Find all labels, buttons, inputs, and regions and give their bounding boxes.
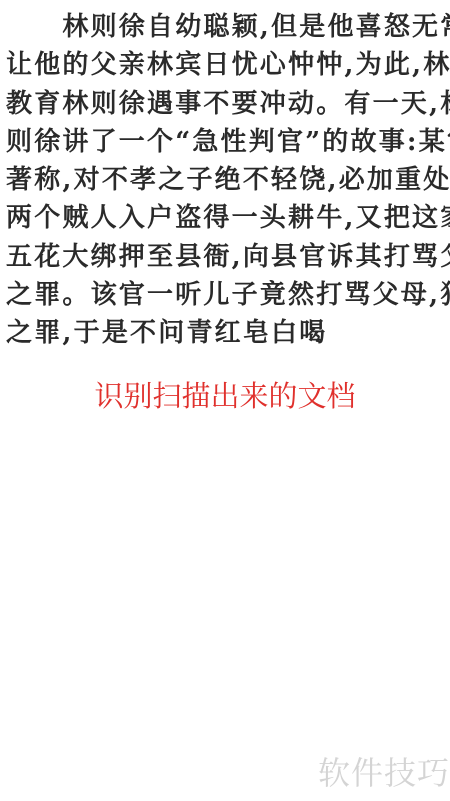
- watermark: 软件技巧: [318, 748, 450, 794]
- document-line: 著称,对不孝之子绝不轻饶,必加重处罚。一日,: [6, 161, 446, 199]
- document-line: 五花大绑押至县衙,向县官诉其打骂父母不孝: [6, 238, 446, 276]
- scanned-document-page: 林则徐自幼聪颖,但是他喜怒无常的性格 让他的父亲林宾日忧心忡忡,为此,林宾日经常…: [0, 0, 450, 801]
- document-line: 之罪,于是不问青红皂白喝: [6, 314, 446, 352]
- document-line: 教育林则徐遇事不要冲动。有一天,林宾日林: [6, 85, 446, 123]
- document-line: 林则徐自幼聪颖,但是他喜怒无常的性格: [6, 8, 446, 46]
- document-line: 则徐讲了一个“急性判官”的故事:某官以孝: [6, 123, 446, 161]
- document-line: 两个贼人入户盗得一头耕牛,又把这家的儿子: [6, 199, 446, 237]
- caption-recognize-scanned-document: 识别扫描出来的文档: [0, 374, 450, 415]
- document-line: 让他的父亲林宾日忧心忡忡,为此,林宾日经常: [6, 46, 446, 84]
- document-body: 林则徐自幼聪颖,但是他喜怒无常的性格 让他的父亲林宾日忧心忡忡,为此,林宾日经常…: [6, 8, 446, 353]
- document-line: 之罪。该官一听儿子竟然打骂父母,犯下不孝: [6, 276, 446, 314]
